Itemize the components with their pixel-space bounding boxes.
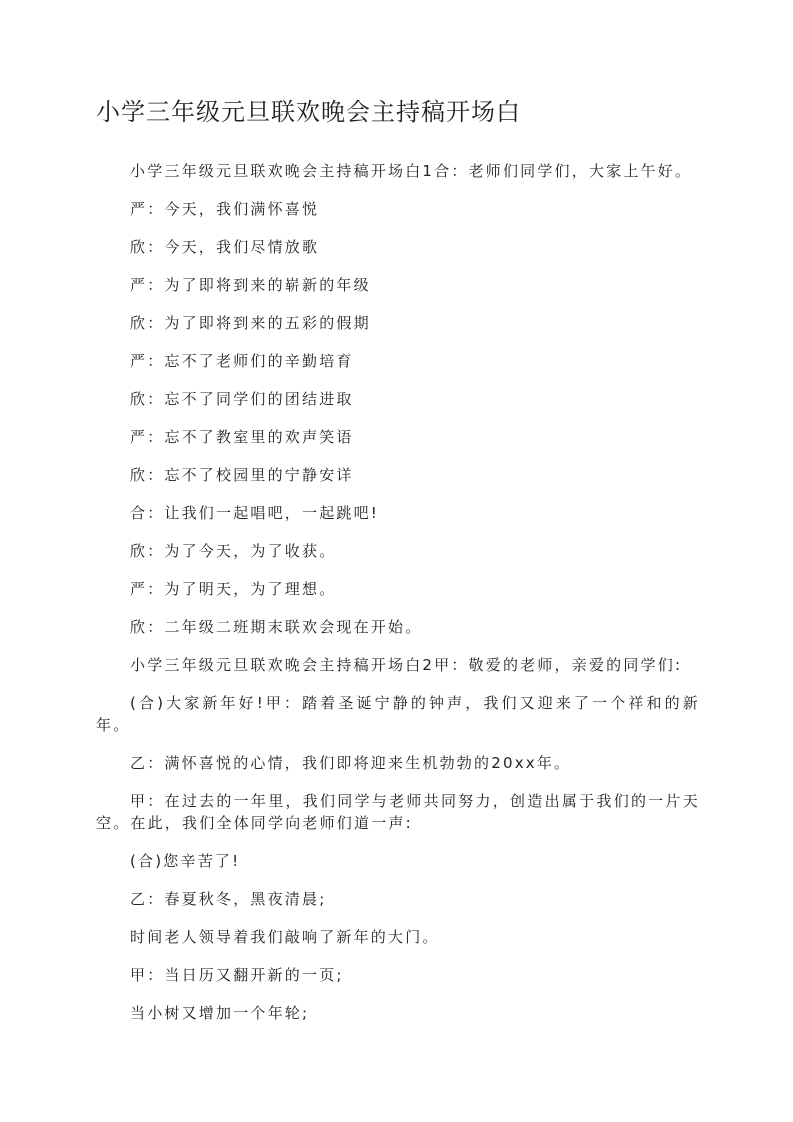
paragraph: (合)您辛苦了! xyxy=(96,850,700,872)
paragraph: 欣：今天，我们尽情放歌 xyxy=(96,236,700,258)
paragraph: 欣：二年级二班期末联欢会现在开始。 xyxy=(96,616,700,638)
paragraph: 乙：春夏秋冬，黑夜清晨; xyxy=(96,888,700,910)
paragraph: 欣：为了即将到来的五彩的假期 xyxy=(96,312,700,334)
paragraph: 乙：满怀喜悦的心情，我们即将迎来生机勃勃的20xx年。 xyxy=(96,752,700,774)
document-body: 小学三年级元旦联欢晚会主持稿开场白1合：老师们同学们，大家上午好。 严：今天，我… xyxy=(96,160,700,1040)
paragraph: 欣：为了今天，为了收获。 xyxy=(96,540,700,562)
paragraph: 欣：忘不了校园里的宁静安详 xyxy=(96,464,700,486)
paragraph: 小学三年级元旦联欢晚会主持稿开场白2甲：敬爱的老师，亲爱的同学们: xyxy=(96,654,700,676)
paragraph: 合：让我们一起唱吧，一起跳吧! xyxy=(96,502,700,524)
paragraph: 时间老人领导着我们敲响了新年的大门。 xyxy=(96,926,700,948)
paragraph: 严：为了明天，为了理想。 xyxy=(96,578,700,600)
paragraph: 欣：忘不了同学们的团结进取 xyxy=(96,388,700,410)
paragraph: 严：忘不了教室里的欢声笑语 xyxy=(96,426,700,448)
paragraph: 小学三年级元旦联欢晚会主持稿开场白1合：老师们同学们，大家上午好。 xyxy=(96,160,700,182)
document-page: 小学三年级元旦联欢晚会主持稿开场白 小学三年级元旦联欢晚会主持稿开场白1合：老师… xyxy=(0,0,793,1122)
paragraph: 甲：在过去的一年里，我们同学与老师共同努力，创造出属于我们的一片天空。在此，我们… xyxy=(96,790,700,834)
paragraph: 甲：当日历又翻开新的一页; xyxy=(96,964,700,986)
paragraph: 严：为了即将到来的崭新的年级 xyxy=(96,274,700,296)
paragraph: (合)大家新年好!甲：踏着圣诞宁静的钟声，我们又迎来了一个祥和的新年。 xyxy=(96,692,700,736)
paragraph: 严：忘不了老师们的辛勤培育 xyxy=(96,350,700,372)
paragraph: 当小树又增加一个年轮; xyxy=(96,1002,700,1024)
paragraph: 严：今天，我们满怀喜悦 xyxy=(96,198,700,220)
document-title: 小学三年级元旦联欢晚会主持稿开场白 xyxy=(96,95,521,129)
